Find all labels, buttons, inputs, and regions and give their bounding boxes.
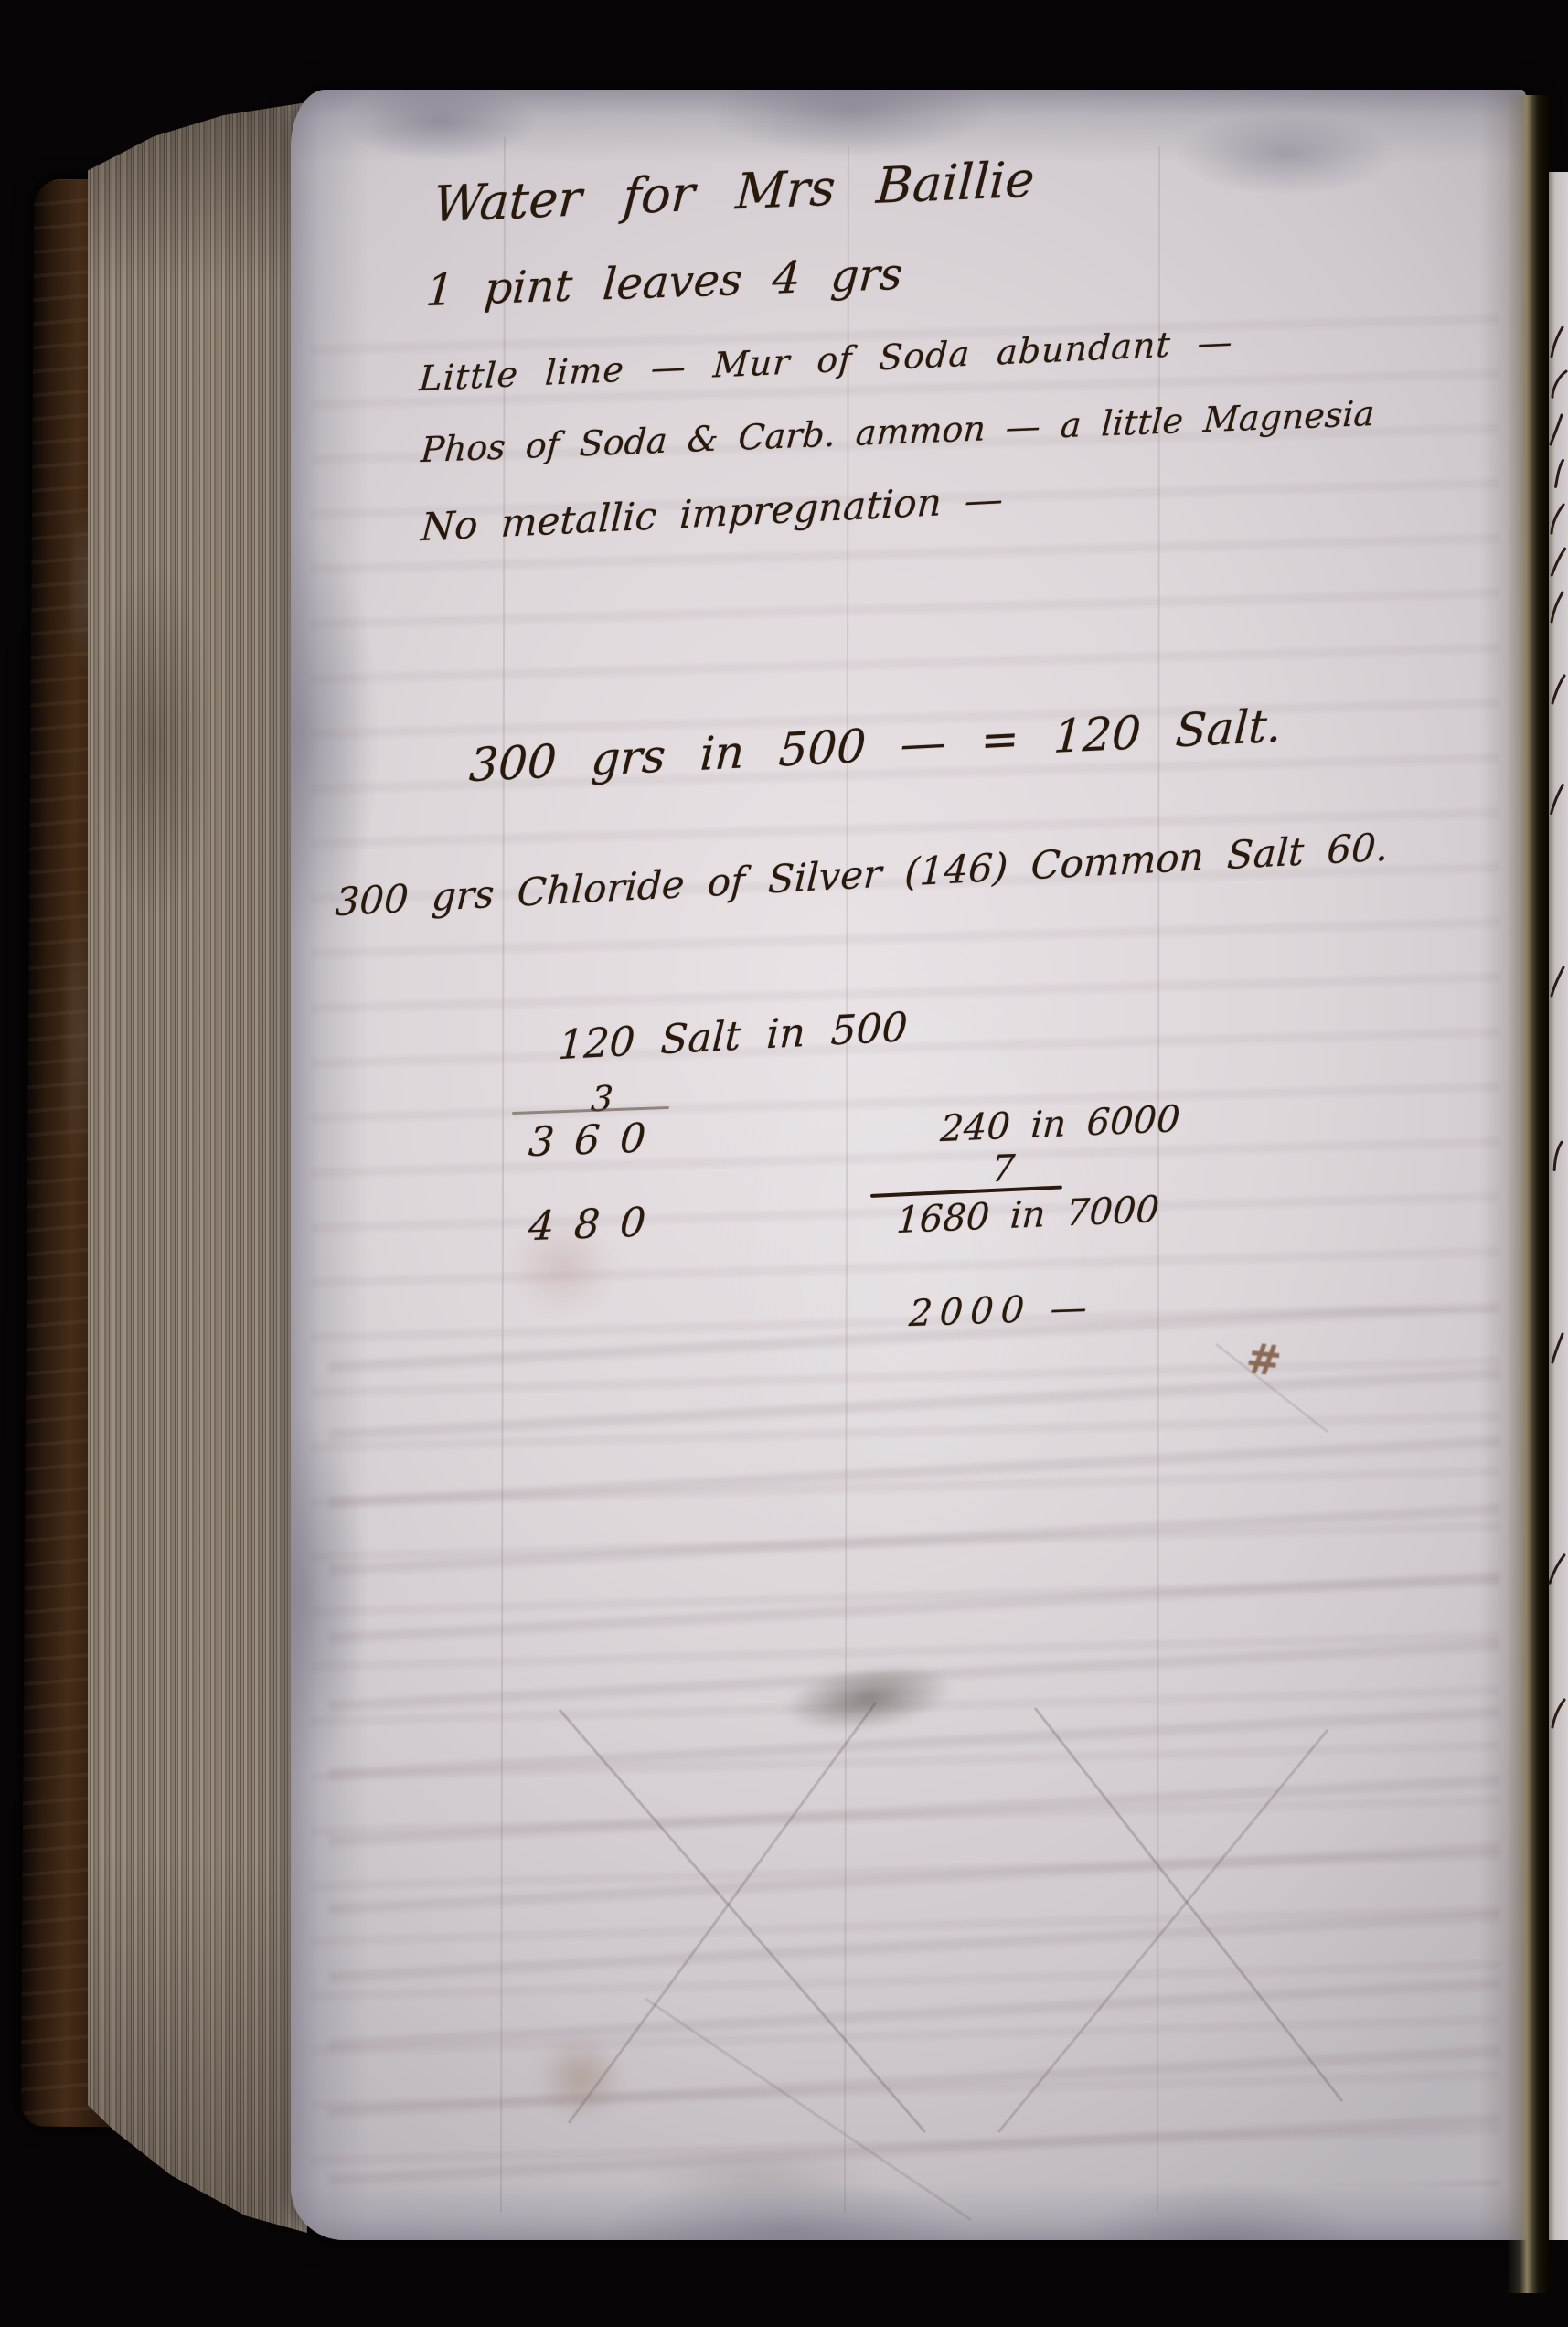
facing-page-ink-fragment [1549, 1697, 1567, 1730]
calc-left-multiplier: 3 [590, 1078, 614, 1119]
facing-page-ink-fragment [1548, 456, 1568, 491]
facing-page-ink-fragment [1549, 1331, 1567, 1364]
faint-hash-mark: # [1243, 1333, 1284, 1386]
calc-left-product: 360 [527, 1115, 667, 1166]
calc-right-multiplier: 7 [990, 1147, 1017, 1190]
facing-page-ink-fragment [1548, 413, 1566, 446]
photograph-of-open-notebook: Water for Mrs Baillie 1 pint leaves 4 gr… [0, 0, 1568, 2327]
facing-page-ink-fragment [1548, 591, 1566, 624]
facing-page-ink-fragment [1548, 326, 1566, 358]
calc-right-note: 2000 — [908, 1286, 1096, 1335]
book-gutter [1507, 95, 1551, 2293]
facing-page-ink-fragment [1549, 673, 1567, 706]
page-fore-edges [88, 102, 307, 2233]
calc-left-alt-product: 480 [527, 1199, 667, 1250]
facing-page-ink-fragment [1549, 966, 1567, 998]
facing-page-ink-fragment [1546, 782, 1567, 817]
facing-page-ink-fragment [1547, 367, 1568, 401]
facing-page-ink-fragment [1546, 1138, 1568, 1173]
facing-page-ink-fragment [1546, 1552, 1568, 1586]
facing-page-ink-fragment [1548, 503, 1566, 536]
